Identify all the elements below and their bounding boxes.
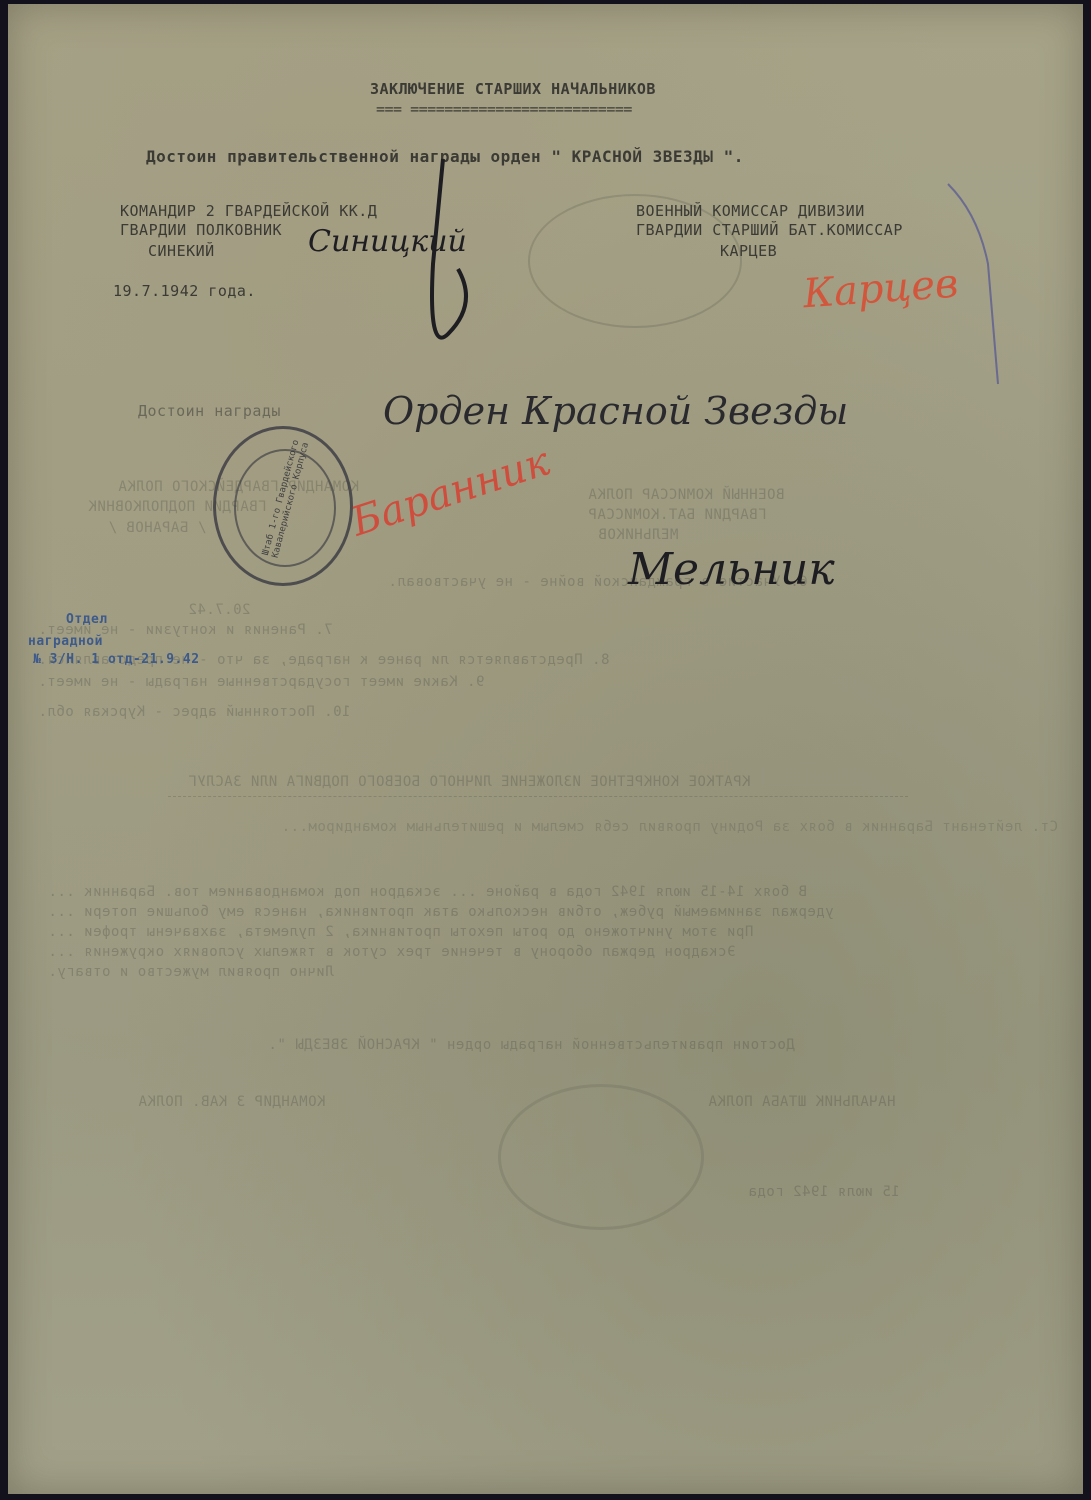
ghost-stamp xyxy=(498,1084,704,1230)
award-handwritten: Орден Красной Звезды xyxy=(383,389,848,433)
left-signatory-rank: ГВАРДИИ ПОЛКОВНИК xyxy=(120,221,282,239)
bleedthrough-text: Достоин правительственной награды орден … xyxy=(268,1037,795,1053)
signature-flourish xyxy=(388,154,478,364)
document-heading: ЗАКЛЮЧЕНИЕ СТАРШИХ НАЧАЛЬНИКОВ xyxy=(370,80,656,98)
heading-rule: === ========================== xyxy=(376,100,632,118)
right-signatory-title: ВОЕННЫЙ КОМИССАР ДИВИЗИИ xyxy=(636,202,865,220)
left-signatory-name: СИНЕКИЙ xyxy=(148,242,215,260)
bleedthrough-text: В боях 14-15 июля 1942 года в районе ...… xyxy=(48,884,807,900)
bleedthrough-text: 20.7.42 xyxy=(188,602,251,618)
bleedthrough-text: НАЧАЛЬНИК ШТАБА ПОЛКА xyxy=(708,1094,896,1110)
bleedthrough-text: / БАРАНОВ / xyxy=(108,520,206,536)
bleedthrough-text: Лично проявил мужество и отвагу. xyxy=(48,964,334,980)
bleedthrough-text: КРАТКОЕ КОНКРЕТНОЕ ИЗЛОЖЕНИЕ ЛИЧНОГО БОЕ… xyxy=(188,774,751,790)
bleedthrough-text: Ст. лейтенант Баранник в боях за Родину … xyxy=(38,819,1058,835)
lower-signature: Мельник xyxy=(628,544,835,595)
award-label: Достоин награды xyxy=(138,402,281,420)
blue-pencil-mark xyxy=(938,174,1018,394)
right-signatory-rank: ГВАРДИИ СТАРШИЙ БАТ.КОМИССАР xyxy=(636,221,903,239)
bleedthrough-text: 9. Какие имеет государственные награды -… xyxy=(38,674,484,690)
bleedthrough-text: МЕЛЬНИКОВ xyxy=(598,527,678,543)
right-signatory-name: КАРЦЕВ xyxy=(720,242,777,260)
document-page: КОМАНДИР ГВАРДЕЙСКОГО ПОЛКА ГВАРДИИ ПОДП… xyxy=(8,4,1083,1494)
blue-annotation-line3: № 3/Н. 1 отд-21.9.42 xyxy=(33,652,200,667)
bleedthrough-text: удержал занимаемый рубеж, отбив нескольк… xyxy=(48,904,834,920)
bleedthrough-text: ВОЕННЫЙ КОМИССАР ПОЛКА xyxy=(588,487,784,503)
bleedthrough-text: ГВАРДИИ БАТ.КОМИССАР xyxy=(588,507,767,523)
blue-annotation-line1: Отдел xyxy=(66,612,108,627)
bleedthrough-rule xyxy=(168,796,908,797)
red-signature-center: Баранник xyxy=(346,438,555,545)
blue-annotation-line2: наградной xyxy=(28,634,103,649)
bleedthrough-text: Эскадрон держал оборону в течение трех с… xyxy=(48,944,736,960)
bleedthrough-text: КОМАНДИР 3 КАВ. ПОЛКА xyxy=(138,1094,326,1110)
right-signature-red: Карцев xyxy=(802,261,960,318)
official-seal: Штаб 1-го Гвардейского Кавалерийского Ко… xyxy=(213,426,353,586)
bleedthrough-text: При этом уничтожено до роты пехоты проти… xyxy=(48,924,753,940)
left-signatory-title: КОМАНДИР 2 ГВАРДЕЙСКОЙ КК.Д xyxy=(120,202,377,220)
bleedthrough-text: 15 июля 1942 года xyxy=(748,1184,900,1200)
bleedthrough-text: 10. Постоянный адрес - Курская обл. xyxy=(38,704,351,720)
document-date: 19.7.1942 года. xyxy=(113,282,256,300)
